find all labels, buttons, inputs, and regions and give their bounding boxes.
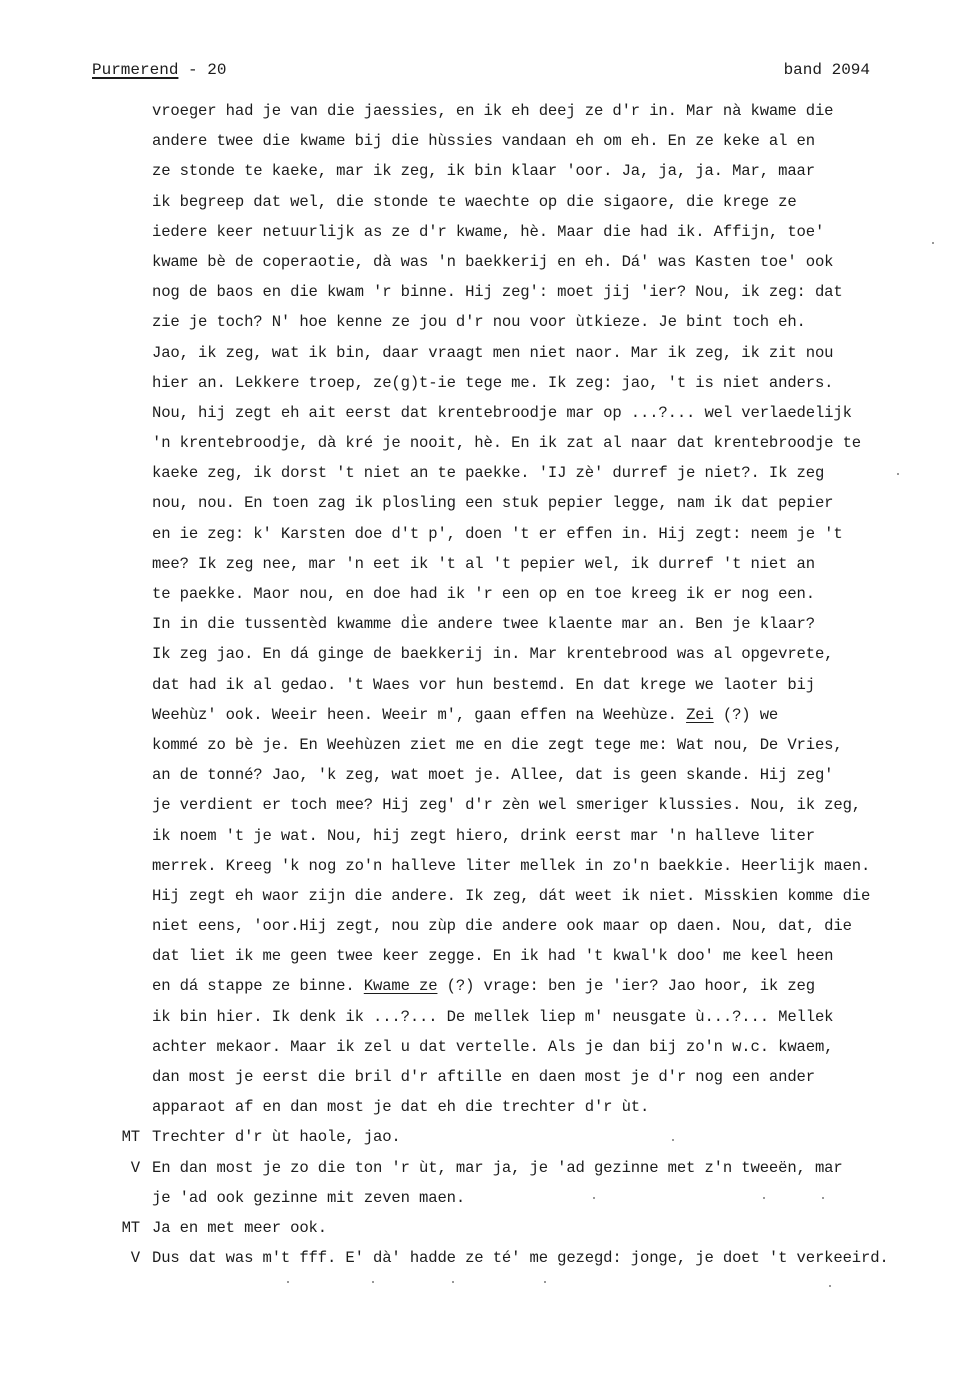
speaker-label: V bbox=[92, 1243, 140, 1273]
transcript-line: nog de baos en die kwam 'r binne. Hij ze… bbox=[0, 277, 979, 307]
line-text-main: en ie zeg: k' Karsten doe d't p', doen '… bbox=[152, 525, 843, 543]
transcript-page: Purmerend - 20 band 2094 vroeger had je … bbox=[0, 0, 979, 1395]
line-text-main: ik noem 't je wat. Nou, hij zegt hiero, … bbox=[152, 827, 815, 845]
line-text: mee? Ik zeg nee, mar 'n eet ik 't al 't … bbox=[152, 549, 815, 579]
transcript-line: niet eens, 'oor.Hij zegt, nou zùp die an… bbox=[0, 911, 979, 941]
line-text-main: Jao, ik zeg, wat ik bin, daar vraagt men… bbox=[152, 344, 833, 362]
transcript-line: hier an. Lekkere troep, ze(g)t-ie tege m… bbox=[0, 368, 979, 398]
line-text: kaeke zeg, ik dorst 't niet an te paekke… bbox=[152, 458, 824, 488]
line-text-main: iedere keer netuurlijk as ze d'r kwame, … bbox=[152, 223, 824, 241]
transcript-line: VDus dat was m't fff. E' dà' hadde ze té… bbox=[0, 1243, 979, 1273]
line-text: dat had ik al gedao. 't Waes vor hun bes… bbox=[152, 670, 815, 700]
line-text: In in die tussentèd kwamme die andere tw… bbox=[152, 609, 815, 639]
line-text: je 'ad ook gezinne mit zeven maen. bbox=[152, 1183, 465, 1213]
transcript-line: mee? Ik zeg nee, mar 'n eet ik 't al 't … bbox=[0, 549, 979, 579]
line-text-main: an de tonné? Jao, 'k zeg, wat moet je. A… bbox=[152, 766, 833, 784]
speaker-label: V bbox=[92, 1153, 140, 1183]
uncertain-word: Kwame ze bbox=[364, 977, 438, 995]
line-text-after: (?) vrage: ben je 'ier? Jao hoor, ik zeg bbox=[437, 977, 815, 995]
line-text: kommé zo bè je. En Weehùzen ziet me en d… bbox=[152, 730, 843, 760]
line-text-main: Nou, hij zegt eh ait eerst dat krentebro… bbox=[152, 404, 852, 422]
transcript-line: en dá stappe ze binne. Kwame ze (?) vrag… bbox=[0, 971, 979, 1001]
transcript-line: In in die tussentèd kwamme die andere tw… bbox=[0, 609, 979, 639]
transcript-line: dan most je eerst die bril d'r aftille e… bbox=[0, 1062, 979, 1092]
line-text-main: In in die tussentèd kwamme die andere tw… bbox=[152, 615, 815, 633]
scan-speck bbox=[452, 1281, 454, 1283]
transcript-line: achter mekaor. Maar ik zel u dat vertell… bbox=[0, 1032, 979, 1062]
line-text-main: kwame bè de coperaotie, dà was 'n baekke… bbox=[152, 253, 833, 271]
header-separator: - bbox=[178, 61, 207, 79]
transcript-line: kwame bè de coperaotie, dà was 'n baekke… bbox=[0, 247, 979, 277]
line-text-main: mee? Ik zeg nee, mar 'n eet ik 't al 't … bbox=[152, 555, 815, 573]
line-text: ze stonde te kaeke, mar ik zeg, ik bin k… bbox=[152, 156, 815, 186]
transcript-line: Ik zeg jao. En dá ginge de baekkerij in.… bbox=[0, 639, 979, 669]
scan-speck bbox=[932, 242, 934, 244]
line-text-main: kommé zo bè je. En Weehùzen ziet me en d… bbox=[152, 736, 843, 754]
line-text-main: Dus dat was m't fff. E' dà' hadde ze té'… bbox=[152, 1249, 889, 1267]
line-text-main: Trechter d'r ùt haole, jao. bbox=[152, 1128, 401, 1146]
transcript-line: je verdient er toch mee? Hij zeg' d'r zè… bbox=[0, 790, 979, 820]
line-text: nog de baos en die kwam 'r binne. Hij ze… bbox=[152, 277, 843, 307]
transcript-line: Weehùz' ook. Weeir heen. Weeir m', gaan … bbox=[0, 700, 979, 730]
line-text: ik noem 't je wat. Nou, hij zegt hiero, … bbox=[152, 821, 815, 851]
transcript-line: vroeger had je van die jaessies, en ik e… bbox=[0, 96, 979, 126]
line-text: kwame bè de coperaotie, dà was 'n baekke… bbox=[152, 247, 833, 277]
line-text: en ie zeg: k' Karsten doe d't p', doen '… bbox=[152, 519, 843, 549]
transcript-line: merrek. Kreeg 'k nog zo'n halleve liter … bbox=[0, 851, 979, 881]
line-text: ik begreep dat wel, die stonde te waecht… bbox=[152, 187, 797, 217]
transcript-line: zie je toch? N' hoe kenne ze jou d'r nou… bbox=[0, 307, 979, 337]
line-text-main: Ik zeg jao. En dá ginge de baekkerij in.… bbox=[152, 645, 833, 663]
scan-speck bbox=[593, 1197, 595, 1199]
transcript-line: nou, nou. En toen zag ik plosling een st… bbox=[0, 488, 979, 518]
tape-label: band 2094 bbox=[784, 58, 870, 82]
line-text: hier an. Lekkere troep, ze(g)t-ie tege m… bbox=[152, 368, 833, 398]
transcript-line: ik noem 't je wat. Nou, hij zegt hiero, … bbox=[0, 821, 979, 851]
line-text-main: ik bin hier. Ik denk ik ...?... De melle… bbox=[152, 1008, 833, 1026]
transcript-line: Jao, ik zeg, wat ik bin, daar vraagt men… bbox=[0, 338, 979, 368]
line-text: iedere keer netuurlijk as ze d'r kwame, … bbox=[152, 217, 824, 247]
scan-speck bbox=[829, 1285, 831, 1287]
line-text-main: dat had ik al gedao. 't Waes vor hun bes… bbox=[152, 676, 815, 694]
transcript-line: VEn dan most je zo die ton 'r ùt, mar ja… bbox=[0, 1153, 979, 1183]
transcript-line: Nou, hij zegt eh ait eerst dat krentebro… bbox=[0, 398, 979, 428]
line-text: andere twee die kwame bij die hùssies va… bbox=[152, 126, 815, 156]
line-text: dan most je eerst die bril d'r aftille e… bbox=[152, 1062, 815, 1092]
transcript-line: ik bin hier. Ik denk ik ...?... De melle… bbox=[0, 1002, 979, 1032]
line-text-main: nog de baos en die kwam 'r binne. Hij ze… bbox=[152, 283, 843, 301]
line-text: apparaot af en dan most je dat eh die tr… bbox=[152, 1092, 649, 1122]
line-text-main: achter mekaor. Maar ik zel u dat vertell… bbox=[152, 1038, 833, 1056]
line-text-main: ze stonde te kaeke, mar ik zeg, ik bin k… bbox=[152, 162, 815, 180]
place-name: Purmerend bbox=[92, 61, 178, 79]
transcript-line: te paekke. Maor nou, en doe had ik 'r ee… bbox=[0, 579, 979, 609]
line-text: En dan most je zo die ton 'r ùt, mar ja,… bbox=[152, 1153, 843, 1183]
transcript-line: ze stonde te kaeke, mar ik zeg, ik bin k… bbox=[0, 156, 979, 186]
speaker-label: MT bbox=[92, 1122, 140, 1152]
transcript-line: 'n krentebroodje, dà kré je nooit, hè. E… bbox=[0, 428, 979, 458]
line-text: nou, nou. En toen zag ik plosling een st… bbox=[152, 488, 833, 518]
line-text: Hij zegt eh waor zijn die andere. Ik zeg… bbox=[152, 881, 870, 911]
line-text: vroeger had je van die jaessies, en ik e… bbox=[152, 96, 833, 126]
line-text-main: 'n krentebroodje, dà kré je nooit, hè. E… bbox=[152, 434, 861, 452]
line-text: Weehùz' ook. Weeir heen. Weeir m', gaan … bbox=[152, 700, 778, 730]
transcript-line: an de tonné? Jao, 'k zeg, wat moet je. A… bbox=[0, 760, 979, 790]
line-text: Trechter d'r ùt haole, jao. bbox=[152, 1122, 401, 1152]
line-text-main: vroeger had je van die jaessies, en ik e… bbox=[152, 102, 833, 120]
transcript-body: vroeger had je van die jaessies, en ik e… bbox=[0, 96, 979, 1273]
transcript-line: MTJa en met meer ook. bbox=[0, 1213, 979, 1243]
line-text-main: hier an. Lekkere troep, ze(g)t-ie tege m… bbox=[152, 374, 833, 392]
line-text: zie je toch? N' hoe kenne ze jou d'r nou… bbox=[152, 307, 806, 337]
line-text: dat liet ik me geen twee keer zegge. En … bbox=[152, 941, 833, 971]
transcript-line: MTTrechter d'r ùt haole, jao. bbox=[0, 1122, 979, 1152]
scan-speck bbox=[413, 614, 415, 616]
line-text: 'n krentebroodje, dà kré je nooit, hè. E… bbox=[152, 428, 861, 458]
scan-speck bbox=[544, 1281, 546, 1283]
scan-speck bbox=[287, 1281, 289, 1283]
line-text: Nou, hij zegt eh ait eerst dat krentebro… bbox=[152, 398, 852, 428]
uncertain-word: Zei bbox=[686, 706, 714, 724]
transcript-line: apparaot af en dan most je dat eh die tr… bbox=[0, 1092, 979, 1122]
line-text-main: en dá stappe ze binne. bbox=[152, 977, 364, 995]
line-text: achter mekaor. Maar ik zel u dat vertell… bbox=[152, 1032, 833, 1062]
line-text-main: ik begreep dat wel, die stonde te waecht… bbox=[152, 193, 797, 211]
line-text: je verdient er toch mee? Hij zeg' d'r zè… bbox=[152, 790, 861, 820]
line-text: Jao, ik zeg, wat ik bin, daar vraagt men… bbox=[152, 338, 833, 368]
scan-speck bbox=[822, 1197, 824, 1199]
line-text-main: zie je toch? N' hoe kenne ze jou d'r nou… bbox=[152, 313, 806, 331]
line-text-main: dan most je eerst die bril d'r aftille e… bbox=[152, 1068, 815, 1086]
line-text: ik bin hier. Ik denk ik ...?... De melle… bbox=[152, 1002, 833, 1032]
page-header: Purmerend - 20 band 2094 bbox=[92, 58, 870, 82]
line-text-main: Ja en met meer ook. bbox=[152, 1219, 327, 1237]
line-text-main: merrek. Kreeg 'k nog zo'n halleve liter … bbox=[152, 857, 870, 875]
line-text-main: En dan most je zo die ton 'r ùt, mar ja,… bbox=[152, 1159, 843, 1177]
scan-speck bbox=[672, 1139, 674, 1141]
scan-speck bbox=[372, 1281, 374, 1283]
line-text-main: Weehùz' ook. Weeir heen. Weeir m', gaan … bbox=[152, 706, 686, 724]
line-text: an de tonné? Jao, 'k zeg, wat moet je. A… bbox=[152, 760, 833, 790]
line-text: Ja en met meer ook. bbox=[152, 1213, 327, 1243]
line-text-main: niet eens, 'oor.Hij zegt, nou zùp die an… bbox=[152, 917, 852, 935]
transcript-line: kaeke zeg, ik dorst 't niet an te paekke… bbox=[0, 458, 979, 488]
transcript-line: Hij zegt eh waor zijn die andere. Ik zeg… bbox=[0, 881, 979, 911]
scan-speck bbox=[763, 1197, 765, 1199]
line-text-main: andere twee die kwame bij die hùssies va… bbox=[152, 132, 815, 150]
line-text-main: nou, nou. En toen zag ik plosling een st… bbox=[152, 494, 833, 512]
line-text-main: apparaot af en dan most je dat eh die tr… bbox=[152, 1098, 649, 1116]
line-text-main: Hij zegt eh waor zijn die andere. Ik zeg… bbox=[152, 887, 870, 905]
transcript-line: iedere keer netuurlijk as ze d'r kwame, … bbox=[0, 217, 979, 247]
transcript-line: dat had ik al gedao. 't Waes vor hun bes… bbox=[0, 670, 979, 700]
transcript-line: en ie zeg: k' Karsten doe d't p', doen '… bbox=[0, 519, 979, 549]
transcript-line: dat liet ik me geen twee keer zegge. En … bbox=[0, 941, 979, 971]
line-text-main: je verdient er toch mee? Hij zeg' d'r zè… bbox=[152, 796, 861, 814]
scan-speck bbox=[897, 473, 899, 475]
transcript-line: andere twee die kwame bij die hùssies va… bbox=[0, 126, 979, 156]
line-text-main: te paekke. Maor nou, en doe had ik 'r ee… bbox=[152, 585, 815, 603]
transcript-line: kommé zo bè je. En Weehùzen ziet me en d… bbox=[0, 730, 979, 760]
line-text: te paekke. Maor nou, en doe had ik 'r ee… bbox=[152, 579, 815, 609]
line-text: en dá stappe ze binne. Kwame ze (?) vrag… bbox=[152, 971, 815, 1001]
line-text-main: kaeke zeg, ik dorst 't niet an te paekke… bbox=[152, 464, 824, 482]
line-text: Ik zeg jao. En dá ginge de baekkerij in.… bbox=[152, 639, 833, 669]
transcript-line: ik begreep dat wel, die stonde te waecht… bbox=[0, 187, 979, 217]
line-text-main: je 'ad ook gezinne mit zeven maen. bbox=[152, 1189, 465, 1207]
line-text: merrek. Kreeg 'k nog zo'n halleve liter … bbox=[152, 851, 870, 881]
speaker-label: MT bbox=[92, 1213, 140, 1243]
line-text-after: (?) we bbox=[714, 706, 778, 724]
page-number: 20 bbox=[207, 61, 226, 79]
line-text: niet eens, 'oor.Hij zegt, nou zùp die an… bbox=[152, 911, 852, 941]
transcript-line: je 'ad ook gezinne mit zeven maen. bbox=[0, 1183, 979, 1213]
line-text-main: dat liet ik me geen twee keer zegge. En … bbox=[152, 947, 833, 965]
page-header-left: Purmerend - 20 bbox=[92, 58, 226, 82]
line-text: Dus dat was m't fff. E' dà' hadde ze té'… bbox=[152, 1243, 889, 1273]
